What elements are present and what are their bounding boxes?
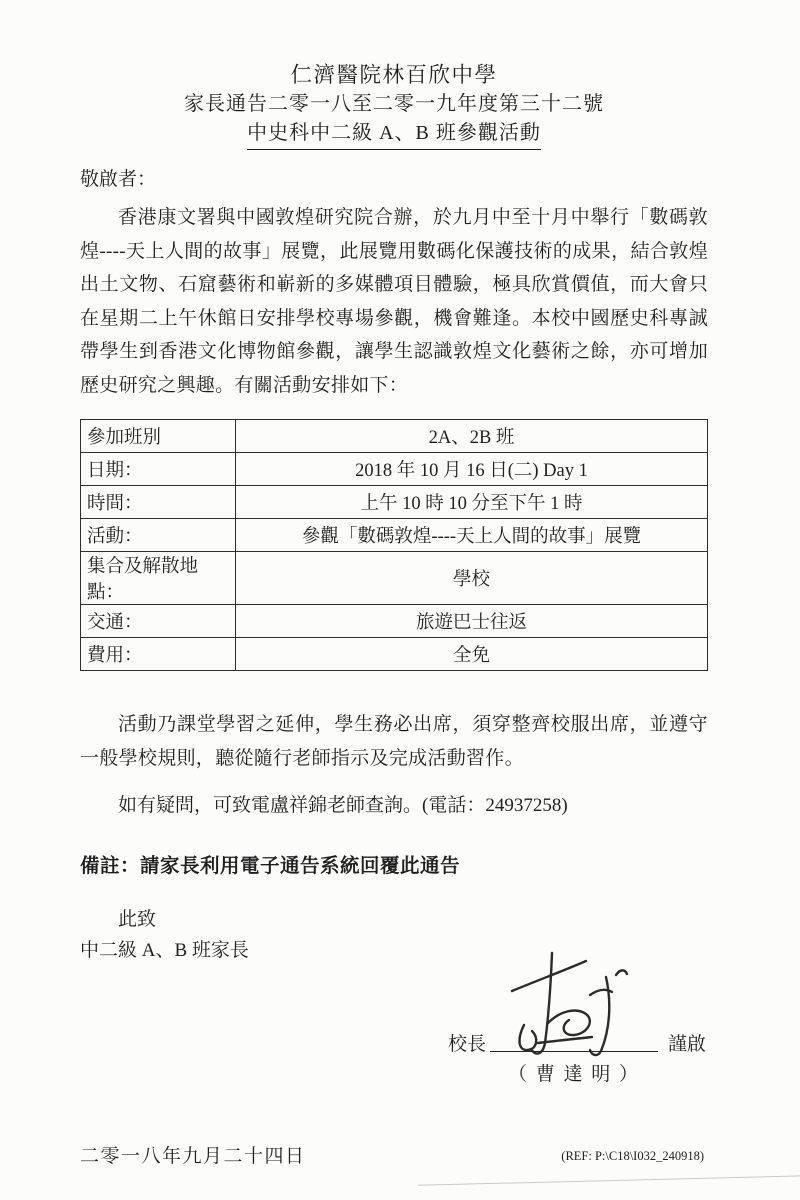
row-value: 2018 年 10 月 16 日(二) Day 1 (236, 453, 708, 486)
table-row: 費用： 全免 (81, 638, 708, 671)
principal-name: （ 曹 達 明 ） (478, 1059, 670, 1086)
table-row: 時間： 上午 10 時 10 分至下午 1 時 (81, 486, 708, 519)
row-label: 活動： (81, 519, 236, 552)
scanned-notice-page: 仁濟醫院林百欣中學 家長通告二零一八至二零一九年度第三十二號 中史科中二級 A、… (0, 0, 800, 1200)
notice-subject: 中史科中二級 A、B 班參觀活動 (247, 119, 541, 150)
row-value: 全免 (236, 638, 708, 671)
row-value: 參觀「數碼敦煌----天上人間的故事」展覽 (236, 519, 708, 552)
signature-line (490, 1017, 658, 1052)
row-label: 費用： (81, 638, 236, 671)
notice-header: 仁濟醫院林百欣中學 家長通告二零一八至二零一九年度第三十二號 中史科中二級 A、… (80, 60, 708, 150)
remark-line: 備註：請家長利用電子通告系統回覆此通告 (80, 853, 708, 881)
issue-date: 二零一八年九月二十四日 (80, 1141, 306, 1168)
row-label: 集合及解散地點： (81, 552, 236, 605)
table-row: 活動： 參觀「數碼敦煌----天上人間的故事」展覽 (81, 519, 708, 552)
row-label: 時間： (81, 486, 236, 519)
intro-paragraph: 香港康文署與中國敦煌研究院合辦，於九月中至十月中舉行「數碼敦煌----天上人間的… (80, 201, 708, 402)
school-name: 仁濟醫院林百欣中學 (80, 60, 708, 90)
table-row: 交通： 旅遊巴士往返 (81, 605, 708, 638)
reference-code: (REF: P:\C18\I032_240918) (561, 1149, 708, 1168)
rules-paragraph: 活動乃課堂學習之延伸，學生務必出席，須穿整齊校服出席，並遵守一般學校規則，聽從隨… (80, 708, 708, 775)
salutation: 敬啟者： (80, 167, 708, 193)
closing-cizhi: 此致 (80, 906, 708, 934)
notice-footer: 二零一八年九月二十四日 (REF: P:\C18\I032_240918) (80, 1141, 708, 1168)
respect-label: 謹啟 (668, 1029, 706, 1056)
row-label: 日期： (81, 453, 236, 486)
principal-label: 校長 (448, 1029, 486, 1056)
activity-details-table: 參加班別 2A、2B 班 日期： 2018 年 10 月 16 日(二) Day… (80, 419, 708, 671)
table-row: 集合及解散地點： 學校 (81, 552, 708, 605)
row-value: 學校 (236, 552, 708, 605)
table-row: 參加班別 2A、2B 班 (81, 420, 708, 453)
signature-area: 校長 謹啟 （ 曹 達 明 ） (80, 965, 708, 1097)
row-label: 交通： (81, 605, 236, 638)
table-row: 日期： 2018 年 10 月 16 日(二) Day 1 (81, 453, 708, 486)
notice-content: 仁濟醫院林百欣中學 家長通告二零一八至二零一九年度第三十二號 中史科中二級 A、… (0, 0, 800, 1168)
row-value: 上午 10 時 10 分至下午 1 時 (236, 486, 708, 519)
row-label: 參加班別 (81, 420, 236, 453)
scanner-artifact-line (418, 1175, 800, 1186)
row-value: 2A、2B 班 (236, 420, 708, 453)
notice-number: 家長通告二零一八至二零一九年度第三十二號 (80, 90, 708, 119)
enquiry-line: 如有疑問，可致電盧祥錦老師查詢。(電話：24937258) (80, 792, 708, 820)
row-value: 旅遊巴士往返 (236, 605, 708, 638)
subject-line-wrap: 中史科中二級 A、B 班參觀活動 (80, 119, 708, 150)
